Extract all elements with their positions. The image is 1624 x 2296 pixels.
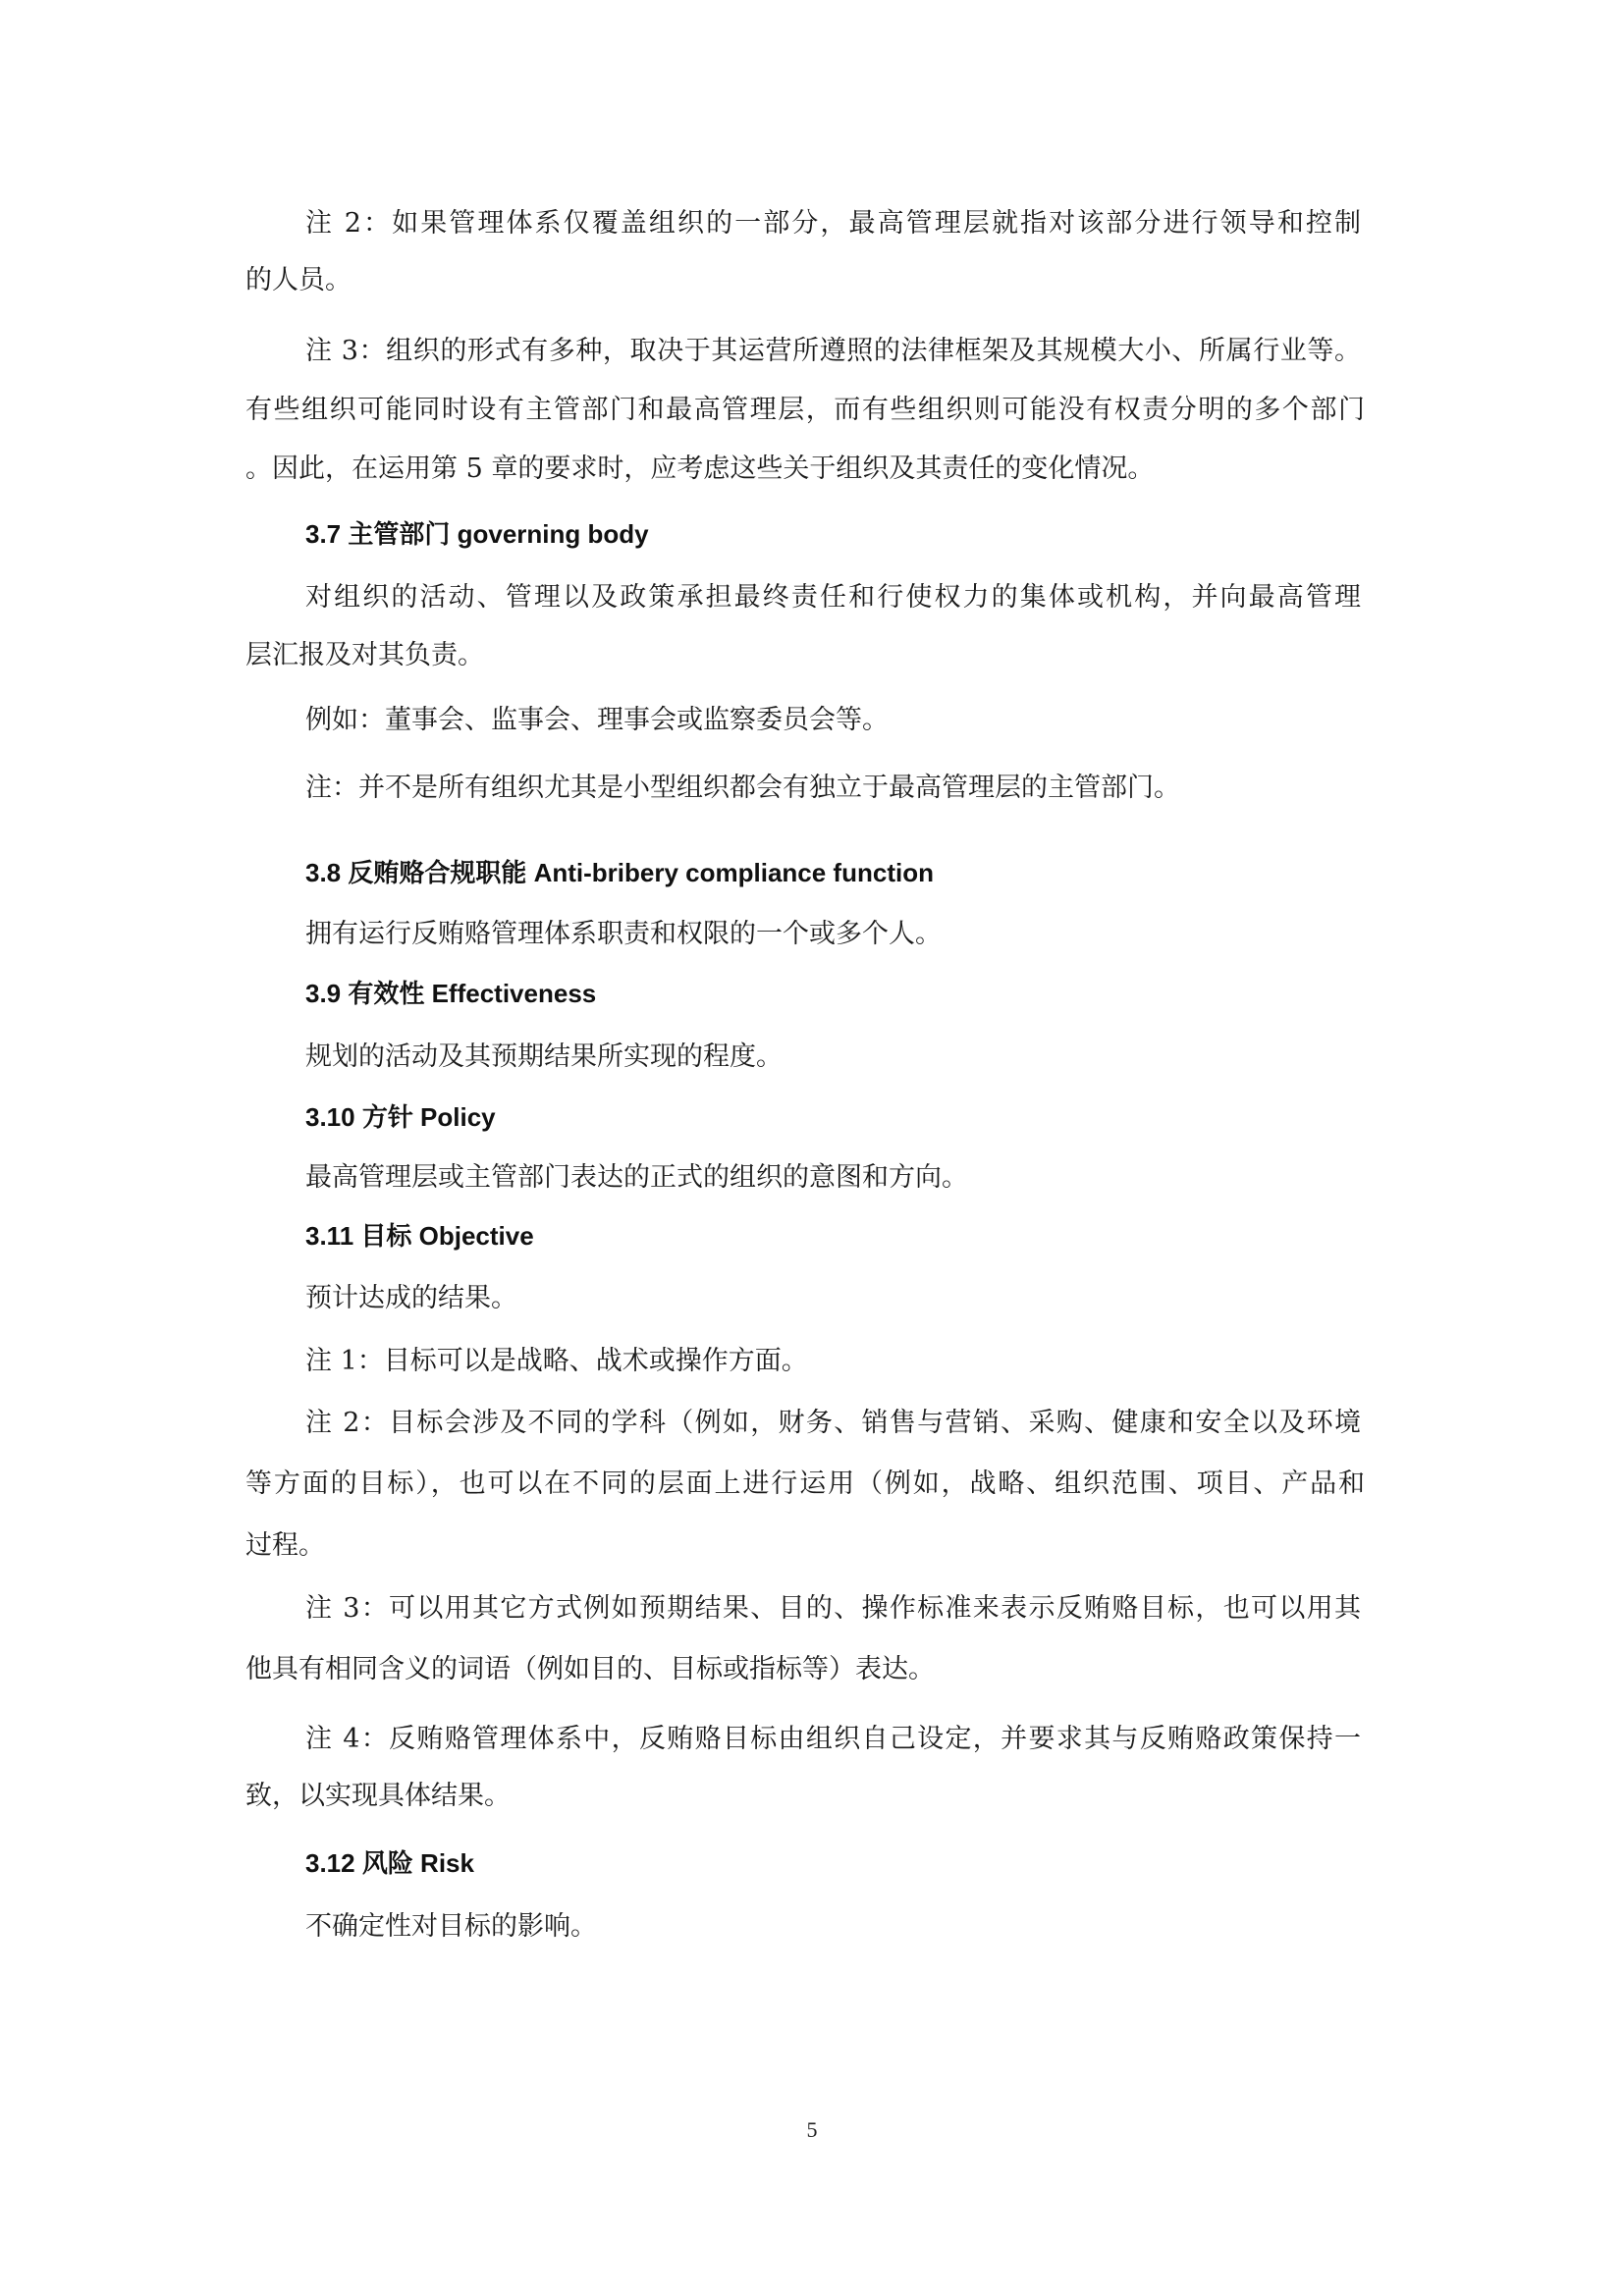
paragraph-first-line: 规划的活动及其预期结果所实现的程度。 xyxy=(305,1038,1361,1077)
section-heading: 3.12 风险 Risk xyxy=(305,1843,474,1883)
paragraph-first-line: 注 3：组织的形式有多种，取决于其运营所遵照的法律框架及其规模大小、所属行业等。 xyxy=(305,332,1361,371)
section-heading: 3.9 有效性 Effectiveness xyxy=(305,974,596,1013)
paragraph-first-line: 拥有运行反贿赂管理体系职责和权限的一个或多个人。 xyxy=(305,915,1361,954)
paragraph-line: 致，以实现具体结果。 xyxy=(245,1777,1365,1816)
paragraph-first-line: 对组织的活动、管理以及政策承担最终责任和行使权力的集体或机构，并向最高管理 xyxy=(305,578,1361,617)
page-number: 5 xyxy=(785,2115,839,2145)
paragraph-first-line: 例如：董事会、监事会、理事会或监察委员会等。 xyxy=(305,701,1361,740)
paragraph-first-line: 注 1：目标可以是战略、战术或操作方面。 xyxy=(305,1342,1361,1381)
paragraph-line: 过程。 xyxy=(245,1526,1365,1566)
paragraph-line: 等方面的目标），也可以在不同的层面上进行运用（例如，战略、组织范围、项目、产品和 xyxy=(245,1465,1365,1504)
paragraph-first-line: 预计达成的结果。 xyxy=(305,1279,1361,1318)
paragraph-line: 的人员。 xyxy=(245,261,1365,300)
paragraph-first-line: 注 2：如果管理体系仅覆盖组织的一部分，最高管理层就指对该部分进行领导和控制 xyxy=(305,204,1361,243)
paragraph-first-line: 注：并不是所有组织尤其是小型组织都会有独立于最高管理层的主管部门。 xyxy=(305,769,1361,808)
paragraph-line: 层汇报及对其负责。 xyxy=(245,636,1365,675)
paragraph-first-line: 不确定性对目标的影响。 xyxy=(305,1907,1361,1947)
section-heading: 3.11 目标 Objective xyxy=(305,1216,534,1255)
document-page: 注 2：如果管理体系仅覆盖组织的一部分，最高管理层就指对该部分进行领导和控制的人… xyxy=(0,0,1624,2296)
paragraph-line: 。因此，在运用第 5 章的要求时，应考虑这些关于组织及其责任的变化情况。 xyxy=(245,450,1365,489)
section-heading: 3.8 反贿赂合规职能 Anti-bribery compliance func… xyxy=(305,853,934,892)
section-heading: 3.10 方针 Policy xyxy=(305,1097,496,1137)
paragraph-first-line: 注 2：目标会涉及不同的学科（例如，财务、销售与营销、采购、健康和安全以及环境 xyxy=(305,1404,1361,1443)
section-heading: 3.7 主管部门 governing body xyxy=(305,514,649,554)
paragraph-line: 他具有相同含义的词语（例如目的、目标或指标等）表达。 xyxy=(245,1650,1365,1689)
paragraph-first-line: 注 3：可以用其它方式例如预期结果、目的、操作标准来表示反贿赂目标，也可以用其 xyxy=(305,1589,1361,1629)
paragraph-first-line: 注 4：反贿赂管理体系中，反贿赂目标由组织自己设定，并要求其与反贿赂政策保持一 xyxy=(305,1720,1361,1759)
paragraph-line: 有些组织可能同时设有主管部门和最高管理层，而有些组织则可能没有权责分明的多个部门 xyxy=(245,391,1365,430)
paragraph-first-line: 最高管理层或主管部门表达的正式的组织的意图和方向。 xyxy=(305,1158,1361,1198)
